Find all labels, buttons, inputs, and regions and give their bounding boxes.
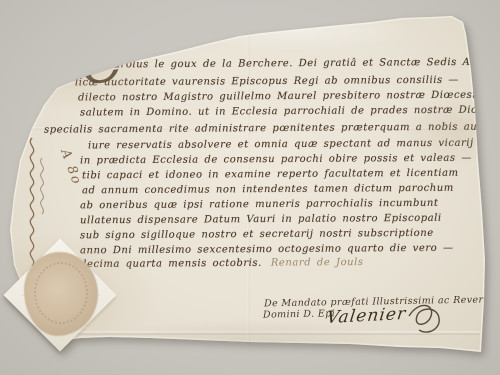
manuscript-line-4: salutem in Domino. ut in Ecclesia parroc… — [80, 105, 490, 119]
fold-crease-lower — [30, 331, 480, 335]
manuscript-line-13: anno Dni millesimo sexcentesimo octogesi… — [80, 243, 454, 257]
manuscript-line-9: ad annum concedimus non intendentes tame… — [82, 183, 454, 197]
closing-domini-line: Domini D. Epi — [263, 308, 335, 320]
manuscript-line-8: tibi capaci et idoneo in examine reperto… — [82, 168, 459, 182]
manuscript-line-6: iure reservatis absolvere et omnia quæ s… — [88, 138, 474, 152]
manuscript-line-5: specialis sacramenta rite administrare p… — [44, 121, 498, 135]
manuscript-document: C arolus le goux de la Berchere. Dei gra… — [0, 0, 500, 375]
manuscript-line-7: in prædicta Ecclesia de consensu parochi… — [80, 153, 472, 167]
manuscript-line-3: dilecto nostro Magistro guillelmo Maurel… — [78, 90, 482, 104]
photo-background: C arolus le goux de la Berchere. Dei gra… — [0, 0, 500, 375]
faded-secretary-signature: Renard de Jouls — [271, 257, 364, 269]
seal-embossed-ring — [34, 262, 88, 324]
manuscript-line-11: ullatenus dispensare Datum Vauri in pala… — [80, 213, 442, 227]
manuscript-line-12: sub signo sigilloque nostro et secretari… — [80, 228, 434, 241]
manuscript-line-2: licæ auctoritate vaurensis Episcopus Reg… — [75, 75, 459, 89]
dateline-text: decima quarta mensis octobris. — [80, 258, 262, 270]
manuscript-line-1: arolus le goux de la Berchere. Dei grati… — [114, 57, 500, 71]
valenier-signature: Valenier — [325, 304, 407, 328]
manuscript-line-14: decima quarta mensis octobris.Renard de … — [80, 257, 364, 270]
archival-mark: A 8o — [57, 147, 84, 187]
manuscript-line-10: ab oneribus quæ ipsi ratione muneris par… — [80, 198, 439, 212]
